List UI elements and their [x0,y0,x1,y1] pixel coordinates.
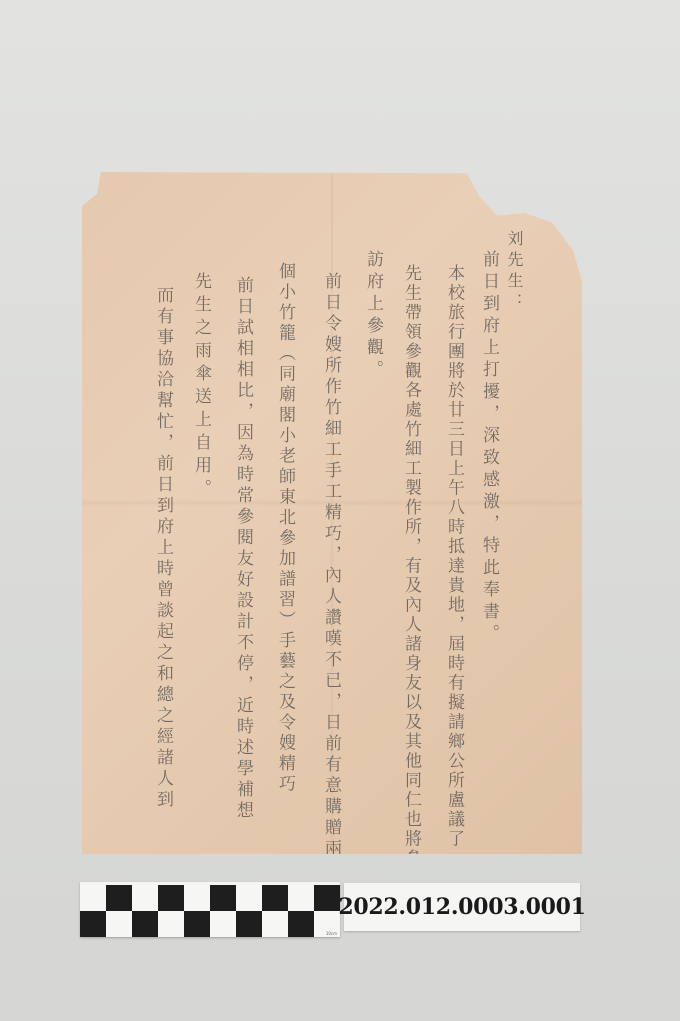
scale-square [314,885,340,911]
scale-square [262,911,288,937]
scale-square [288,885,314,911]
scale-square [184,911,210,937]
scale-bar: 10cm [80,882,340,937]
scale-square [184,885,210,911]
letter-column-2: 本校旅行團將於廿三日上午八時抵達貴地，屆時有擬請鄉公所盧議了 [445,264,462,849]
scale-square [262,885,288,911]
scale-square [158,885,184,911]
scale-square [210,911,236,937]
scale-square [132,885,158,911]
letter-column-1: 前日到府上打擾，深致感激，特此奉書。 [480,250,497,646]
letter-column-5: 前日令嫂所作竹細工手工精巧，內人讚嘆不已，日前有意購贈兩 [322,272,339,860]
letter-column-4: 訪府上參觀。 [364,250,381,382]
scale-square [158,911,184,937]
scale-square [80,885,106,911]
scale-square [132,911,158,937]
letter-column-8: 先生之雨傘送上自用。 [192,272,209,502]
letter-column-3: 先生帶領參觀各處竹細工製作所，有及內人諸身友以及其他同仁也將參拜 [402,264,419,888]
letter-column-7: 前日試相相比，因為時常參閱友好設計不停，近時述學補想 [234,276,251,822]
scale-square [288,911,314,937]
accession-number-label: 2022.012.0003.0001 [344,883,580,931]
letter-column-9: 而有事協洽幫忙，前日到府上時曾談起之和總之經諸人到 [154,286,171,811]
letter-paper: 刘先生： 前日到府上打擾，深致感激，特此奉書。 本校旅行團將於廿三日上午八時抵達… [82,172,582,854]
scale-square [210,885,236,911]
letter-column-6: 個小竹籠（同廟閣小老師東北參加譜習）手藝之及令嫂精巧 [276,262,293,795]
scale-square [236,911,262,937]
scale-square [80,911,106,937]
scale-unit-label: 10cm [326,931,337,936]
salutation-column: 刘先生： [506,230,522,314]
scale-square [236,885,262,911]
scale-square [106,885,132,911]
scale-square [106,911,132,937]
